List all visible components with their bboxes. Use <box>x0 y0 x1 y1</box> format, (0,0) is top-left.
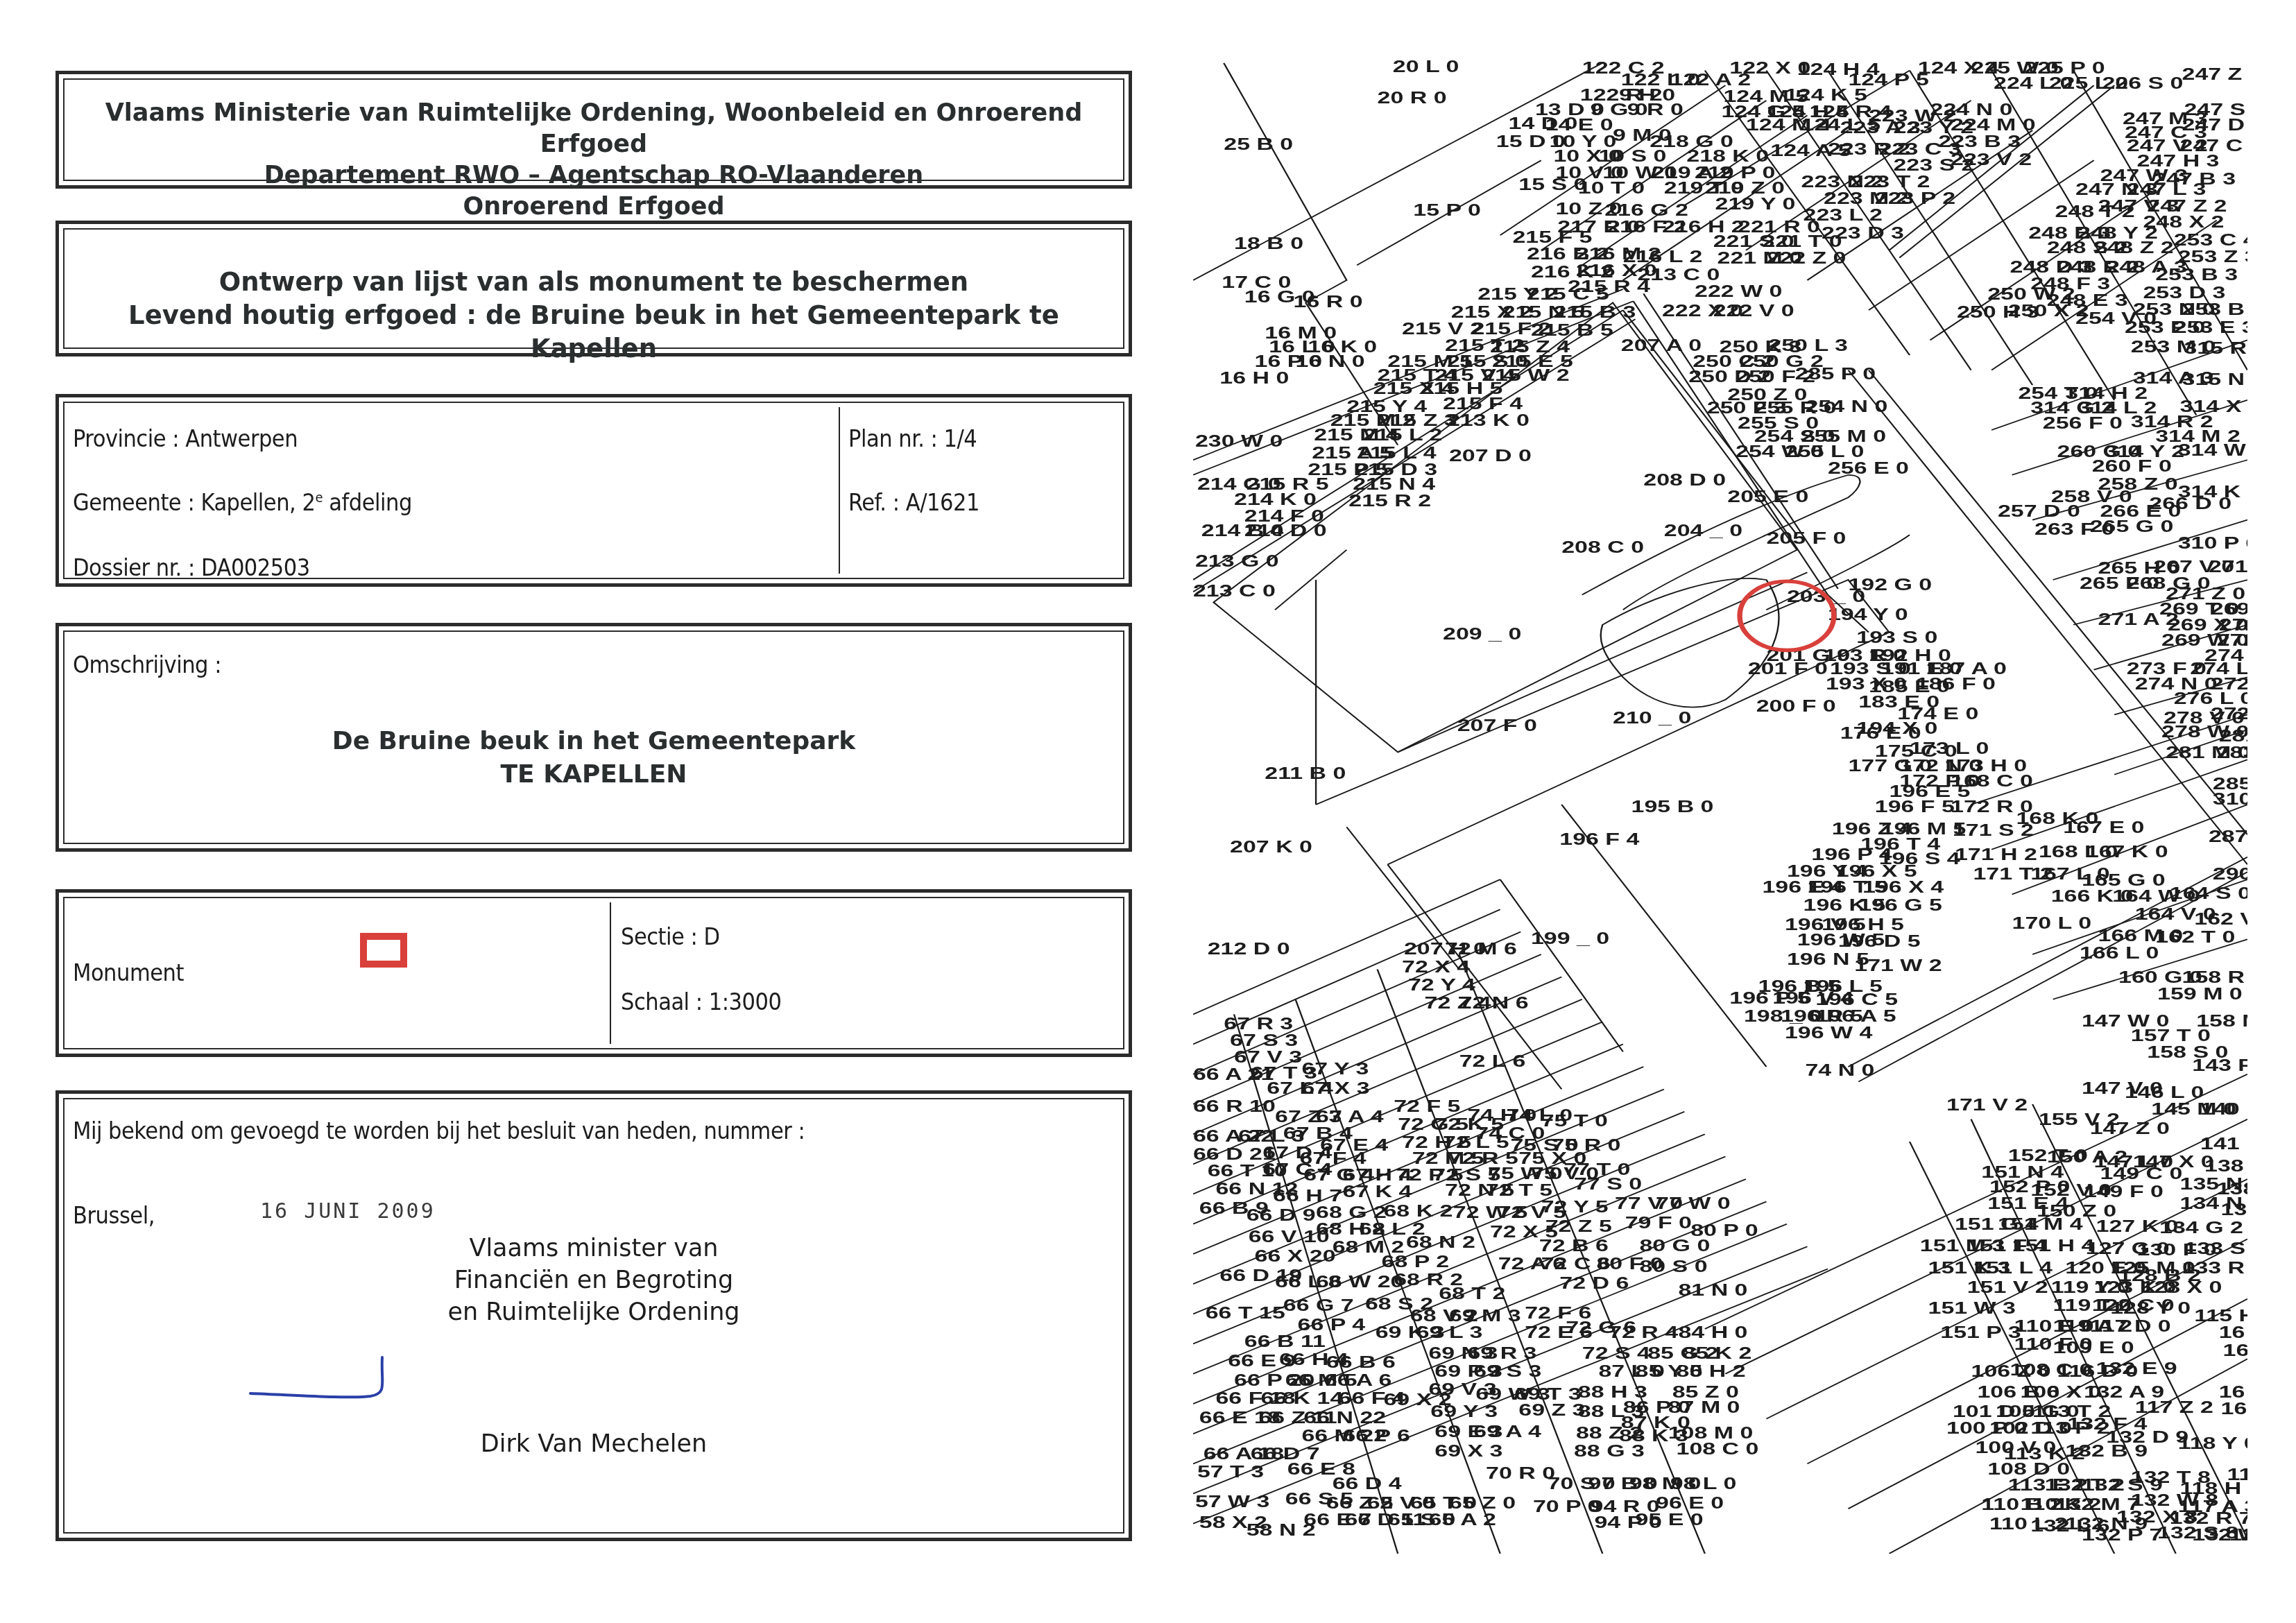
parcel-label: 314 W 2 <box>2178 440 2247 460</box>
parcel-label: 15 S 0 <box>1518 175 1586 195</box>
parcel-label: 72 Y 5 <box>1541 1197 1609 1217</box>
parcel-label: 18 B 0 <box>1234 234 1303 253</box>
parcel-label: 205 F 0 <box>1766 529 1846 548</box>
parcel-label: 207 K 0 <box>1230 837 1312 857</box>
parcel-label: 151 P 3 <box>1940 1323 2021 1342</box>
parcel-label: 66 T 15 <box>1206 1303 1285 1323</box>
parcel-label: 253 B 4 <box>2182 300 2247 319</box>
parcel-label: 214 D 0 <box>1244 522 1327 541</box>
parcel-label: 66 X 20 <box>1255 1246 1336 1266</box>
parcel-label: 72 B 6 <box>1539 1236 1609 1255</box>
parcel-label: 67 Y 3 <box>1301 1059 1369 1079</box>
parcel-label: 147 Z 0 <box>2090 1119 2170 1138</box>
parcel-label: 69 R 3 <box>1467 1343 1536 1363</box>
parcel-label: 151 W 3 <box>1928 1299 2016 1319</box>
parcel-label: 196 D 5 <box>1838 931 1921 951</box>
parcel-label: 171 W 2 <box>1854 956 1942 975</box>
parcel-label: 310 Y 5 <box>2213 789 2247 809</box>
parcel-label: 81 N 0 <box>1678 1281 1747 1300</box>
parcel-label: 133 S 0 <box>2184 1239 2247 1258</box>
parcel-label: 199 _ 0 <box>1531 929 1609 948</box>
parcel-label: 65 A 2 <box>1428 1510 1496 1529</box>
parcel-label: 128 X 0 <box>2141 1278 2222 1297</box>
parcel-label: 75 T 0 <box>1541 1112 1608 1131</box>
parcel-label: 265 G 0 <box>2090 517 2174 536</box>
parcel-label: 69 Y 3 <box>1430 1402 1498 1422</box>
legend-box: Monument Sectie : D Schaal : 1:3000 <box>55 889 1132 1057</box>
parcel-label: 66 B 6 <box>1326 1352 1396 1372</box>
parcel-label: 196 F 5 <box>1875 797 1955 816</box>
parcel-label: 222 Z 0 <box>1766 249 1846 268</box>
parcel-label: 67 K 4 <box>1342 1182 1412 1201</box>
parcel-label: 194 Y 0 <box>1828 606 1908 625</box>
parcel-label: 186 F 0 <box>1916 674 1996 694</box>
parcel-label: 67 X 3 <box>1301 1079 1369 1098</box>
parcel-label: 215 C 5 <box>1527 284 1609 304</box>
schaal-field: Schaal : 1:3000 <box>621 988 781 1016</box>
parcel-label: 215 L 2 <box>1363 425 1442 445</box>
parcel-label: 141 N 0 <box>2200 1134 2247 1153</box>
parcel-label: 219 Y 0 <box>1715 195 1796 214</box>
parcel-label: 72 F 5 <box>1394 1097 1460 1116</box>
parcel-label: 66 G 7 <box>1283 1296 1354 1315</box>
parcel-label: 16 R 0 <box>1294 292 1363 311</box>
minister-title-line-2: Financiën en Begroting <box>69 1264 1119 1296</box>
parcel-label: 283 P 0 <box>2217 743 2247 762</box>
parcel-label: 171 H 2 <box>1955 845 2037 864</box>
parcel-label: 72 Y 4 <box>1408 975 1475 995</box>
signing-place: Brussel, <box>73 1202 155 1230</box>
description-box: Omschrijving : De Bruine beuk in het Gem… <box>55 623 1132 852</box>
parcel-label: 213 C 0 <box>1193 581 1276 601</box>
parcel-label: 314 K 0 <box>2178 482 2247 501</box>
reference-field: Ref. : A/1621 <box>848 489 979 517</box>
parcel-label: 253 Z 3 <box>2178 247 2247 266</box>
parcel-label: 85 K 2 <box>1682 1343 1751 1363</box>
parcel-label: 167 E 0 <box>2063 818 2144 837</box>
date-stamp: 16 JUNI 2009 <box>260 1199 436 1223</box>
parcel-label: 258 Z 0 <box>2098 475 2178 495</box>
parcel-label: 69 A 4 <box>1473 1422 1541 1441</box>
ministry-header-box: Vlaams Ministerie van Ruimtelijke Ordeni… <box>55 71 1132 189</box>
parcel-label: 310 P 6 <box>2178 533 2247 553</box>
parcel-label: 166 L 0 <box>2080 944 2159 963</box>
parcel-label: 68 N 2 <box>1406 1233 1475 1253</box>
parcel-label: 171 S 2 <box>1953 821 2034 841</box>
parcel-label: 215 R 2 <box>1348 491 1431 510</box>
parcel-label: 72 N 6 <box>1459 993 1529 1013</box>
approval-statement: Mij bekend om gevoegd te worden bij het … <box>73 1117 805 1145</box>
monument-legend-label: Monument <box>73 959 184 987</box>
ministry-name: Vlaams Ministerie van Ruimtelijke Ordeni… <box>69 98 1119 160</box>
plan-number-field: Plan nr. : 1/4 <box>848 425 977 453</box>
parcel-label: 230 W 0 <box>1195 431 1283 451</box>
parcel-label: 212 D 0 <box>1208 939 1290 959</box>
parcel-label: 68 K 2 <box>1383 1201 1453 1221</box>
parcel-label: 72 L 6 <box>1459 1051 1526 1071</box>
parcel-label: 256 F 0 <box>2043 413 2123 433</box>
parcel-label: 84 H 0 <box>1678 1323 1747 1342</box>
parcel-label: 68 T 2 <box>1439 1284 1505 1303</box>
parcel-label: 16 H 0 <box>1219 368 1289 388</box>
parcel-label: 88 G 3 <box>1574 1441 1645 1461</box>
parcel-label: 171 V 2 <box>1946 1095 2028 1115</box>
parcel-label: 253 B 3 <box>2155 265 2238 284</box>
parcel-label: 77 S 0 <box>1574 1174 1642 1194</box>
parcel-label: 256 E 0 <box>1828 458 1909 478</box>
parcel-label: 69 X 3 <box>1434 1441 1502 1461</box>
parcel-label: 271 A 2 <box>2098 610 2179 629</box>
parcel-label: 204 _ 0 <box>1664 522 1742 541</box>
parcel-label: 80 S 0 <box>1639 1257 1707 1276</box>
parcel-label: 162 V 0 <box>2194 909 2247 929</box>
parcel-label: 25 B 0 <box>1224 135 1293 154</box>
minister-title-line-1: Vlaams minister van <box>69 1233 1119 1264</box>
document-title-box: Ontwerp van lijst van als monument te be… <box>55 221 1132 357</box>
parcel-label: 315 R 3 <box>2184 338 2247 358</box>
parcel-label: 208 D 0 <box>1643 470 1726 490</box>
parcel-label: 16 Z 10 <box>2221 1399 2247 1418</box>
cadastral-map: 20 L 020 R 025 B 015 P 018 B 017 C 016 G… <box>1193 55 2247 1554</box>
sectie-field: Sectie : D <box>621 923 720 951</box>
dossier-number-field: Dossier nr. : DA002503 <box>73 554 310 582</box>
parcel-label: 138 P 0 <box>2204 1156 2247 1176</box>
parcel-label: 223 P 2 <box>1875 189 1955 208</box>
parcel-label: 215 B 3 <box>1553 302 1636 322</box>
parcel-label: 128 Y 0 <box>2110 1299 2191 1319</box>
parcel-label: 213 K 0 <box>1447 411 1530 430</box>
parcel-label: 143 F 0 <box>2192 1056 2247 1076</box>
gemeente-superscript: e <box>315 489 323 506</box>
gemeente-suffix: afdeling <box>323 489 412 517</box>
parcel-label: 134 G 2 <box>2159 1218 2243 1237</box>
minister-title: Vlaams minister van Financiën en Begroti… <box>69 1233 1119 1328</box>
parcel-label: 257 D 0 <box>1998 502 2080 522</box>
parcel-label: 248 T 2 <box>2055 203 2135 222</box>
cadastral-map-canvas: 20 L 020 R 025 B 015 P 018 B 017 C 016 G… <box>1193 55 2247 1554</box>
parcel-label: 69 Z 3 <box>1518 1401 1585 1420</box>
parcel-label: 149 C 0 <box>2100 1164 2182 1183</box>
parcel-label: 247 Z 3 <box>2182 65 2247 84</box>
parcel-label: 66 R 10 <box>1193 1097 1276 1116</box>
parcel-label: 162 T 0 <box>2155 927 2235 947</box>
parcel-label: 167 K 0 <box>2086 842 2168 861</box>
parcel-label: 66 B 11 <box>1244 1332 1326 1351</box>
title-line-1: Ontwerp van lijst van als monument te be… <box>69 266 1119 299</box>
parcel-label: 66 W 20 <box>1316 1272 1403 1291</box>
parcel-label: 68 P 2 <box>1382 1253 1450 1272</box>
parcel-label: 151 L 4 <box>1973 1258 2053 1278</box>
parcel-label: 140 N 0 <box>2200 1099 2247 1119</box>
parcel-label: 253 E 3 <box>2174 318 2247 337</box>
parcel-label: 57 W 3 <box>1195 1492 1270 1511</box>
title-line-2: Levend houtig erfgoed : de Bruine beuk i… <box>69 299 1119 366</box>
parcel-label: 205 E 0 <box>1727 487 1808 506</box>
parcel-label: 10 T 0 <box>1578 178 1645 198</box>
description-label: Omschrijving : <box>73 651 221 679</box>
parcel-label: 271 Y 0 <box>2209 557 2247 576</box>
parcel-label: 207 F 0 <box>1457 716 1537 735</box>
parcel-label: 213 G 0 <box>1195 551 1279 571</box>
agency-name: Onroerend Erfgoed <box>69 191 1119 223</box>
parcel-label: 74 N 0 <box>1805 1060 1874 1080</box>
parcel-label: 9 R 0 <box>1627 101 1684 120</box>
parcel-label: 132 P 7 <box>2082 1525 2162 1545</box>
provincie-field: Provincie : Antwerpen <box>73 425 298 453</box>
department-name: Departement RWO – Agentschap RO-Vlaander… <box>69 160 1119 191</box>
parcel-label: 132 E 9 <box>2096 1359 2177 1378</box>
parcel-label: 69 S 3 <box>1473 1362 1541 1381</box>
parcel-label: 66 A 6 <box>1324 1371 1391 1390</box>
parcel-label: 315 N 3 <box>2182 370 2247 389</box>
parcel-label: 72 S 4 <box>1582 1343 1651 1363</box>
parcel-label: 196 F 4 <box>1559 830 1640 850</box>
parcel-label: 287 G 0 <box>2209 827 2247 846</box>
minister-title-line-3: en Ruimtelijke Ordening <box>69 1296 1119 1328</box>
parcel-label: 211 B 0 <box>1265 764 1346 784</box>
parcel-label: 72 R 4 <box>1609 1323 1679 1342</box>
parcel-label: 138 C 0 <box>2221 1200 2247 1219</box>
parcel-label: 196 W 4 <box>1785 1023 1873 1042</box>
parcel-label: 117 D 0 <box>2090 1317 2171 1337</box>
parcel-label: 226 S 0 <box>2102 74 2183 93</box>
parcel-label: 223 B 3 <box>1938 132 2021 151</box>
parcel-label: 151 V 2 <box>1967 1278 2048 1297</box>
parcel-label: 151 M 4 <box>1998 1215 2083 1235</box>
parcel-label: 195 B 0 <box>1631 797 1714 816</box>
info-divider <box>839 407 840 574</box>
parcel-label: 77 W 0 <box>1656 1194 1731 1213</box>
parcel-label: 196 G 5 <box>1858 896 1942 916</box>
parcel-label: 248 Z 2 <box>2094 238 2174 257</box>
parcel-label: 290 E 0 <box>2213 864 2247 884</box>
gemeente-field: Gemeente : Kapellen, 2e afdeling <box>73 489 412 517</box>
parcel-label: 207 D 0 <box>1449 447 1532 466</box>
parcel-label: 200 F 0 <box>1756 696 1836 716</box>
parcel-label: 15 P 0 <box>1413 200 1481 220</box>
parcel-label: 58 N 2 <box>1246 1520 1316 1540</box>
parcel-label: 222 W 0 <box>1695 282 1782 301</box>
parcel-label: 207 A 0 <box>1621 336 1702 355</box>
parcel-label: 260 F 0 <box>2092 457 2172 476</box>
parcel-label: 159 M 0 <box>2157 984 2243 1004</box>
parcel-label: 132 B 9 <box>2065 1441 2148 1461</box>
parcel-label: 70 R 0 <box>1486 1463 1555 1483</box>
parcel-label: 118 Y 0 <box>2178 1434 2247 1453</box>
parcel-label: 170 L 0 <box>2012 914 2091 934</box>
parcel-label: 201 F 0 <box>1748 659 1828 678</box>
description-line-2: TE KAPELLEN <box>69 758 1119 791</box>
parcel-label: 66 N 22 <box>1303 1408 1386 1427</box>
parcel-label: 80 G 0 <box>1639 1236 1710 1255</box>
parcel-label: 16 N 0 <box>1296 352 1365 372</box>
parcel-label: 173 L 0 <box>1910 739 1989 758</box>
monument-legend-swatch <box>360 933 407 968</box>
dossier-info-box: Provincie : Antwerpen Gemeente : Kapelle… <box>55 394 1132 587</box>
parcel-label: 108 C 0 <box>1677 1440 1759 1459</box>
description-line-1: De Bruine beuk in het Gemeentepark <box>69 725 1119 758</box>
signature-box: Mij bekend om gevoegd te worden bij het … <box>55 1090 1132 1541</box>
parcel-label: 209 _ 0 <box>1443 625 1521 644</box>
parcel-label: 66 D 9 <box>1246 1206 1316 1226</box>
parcel-label: 208 C 0 <box>1561 538 1644 557</box>
parcel-label: 72 M 6 <box>1445 939 1517 959</box>
minister-name: Dirk Van Mechelen <box>69 1428 1119 1460</box>
parcel-label: 151 H 4 <box>2012 1236 2095 1255</box>
parcel-label: 72 Z 5 <box>1545 1217 1612 1236</box>
parcel-label: 85 H 2 <box>1677 1362 1746 1381</box>
parcel-label: 72 X 4 <box>1402 957 1471 977</box>
parcel-label: 69 L 3 <box>1416 1323 1483 1342</box>
parcel-label: 95 E 0 <box>1636 1510 1704 1529</box>
gemeente-value: Gemeente : Kapellen, 2 <box>73 489 315 517</box>
parcel-label: 57 T 3 <box>1197 1462 1264 1482</box>
parcel-label: 149 F 0 <box>2084 1182 2164 1201</box>
parcel-label: 16 Z 6 <box>2223 1341 2247 1360</box>
parcel-label: 66 P 6 <box>1342 1426 1410 1445</box>
legend-divider <box>610 902 611 1044</box>
parcel-label: 109 E 0 <box>2053 1338 2134 1357</box>
parcel-label: 132 X 3 <box>2229 1525 2247 1545</box>
parcel-label: 72 D 6 <box>1559 1273 1629 1293</box>
parcel-label: 210 _ 0 <box>1613 709 1691 728</box>
parcel-label: 223 V 2 <box>1951 150 2032 169</box>
parcel-label: 193 S 0 <box>1856 628 1937 647</box>
parcel-label: 20 R 0 <box>1378 88 1447 108</box>
parcel-label: 66 K 14 <box>1260 1389 1343 1408</box>
parcel-label: 16 W 8 <box>2219 1323 2247 1342</box>
parcel-label: 98 L 0 <box>1670 1474 1737 1493</box>
parcel-label: 164 W 0 <box>2112 887 2200 907</box>
parcel-label: 196 X 4 <box>1862 878 1944 898</box>
handwritten-signature <box>249 1353 415 1409</box>
ministry-header: Vlaams Ministerie van Ruimtelijke Ordeni… <box>69 84 1119 175</box>
parcel-label: 79 F 0 <box>1625 1214 1692 1233</box>
description-text: De Bruine beuk in het Gemeentepark TE KA… <box>69 725 1119 791</box>
parcel-label: 222 V 0 <box>1713 301 1794 320</box>
parcel-label: 20 L 0 <box>1393 57 1459 76</box>
parcel-label: 285 P 0 <box>1795 364 1876 384</box>
document-title: Ontwerp van lijst van als monument te be… <box>69 234 1119 343</box>
